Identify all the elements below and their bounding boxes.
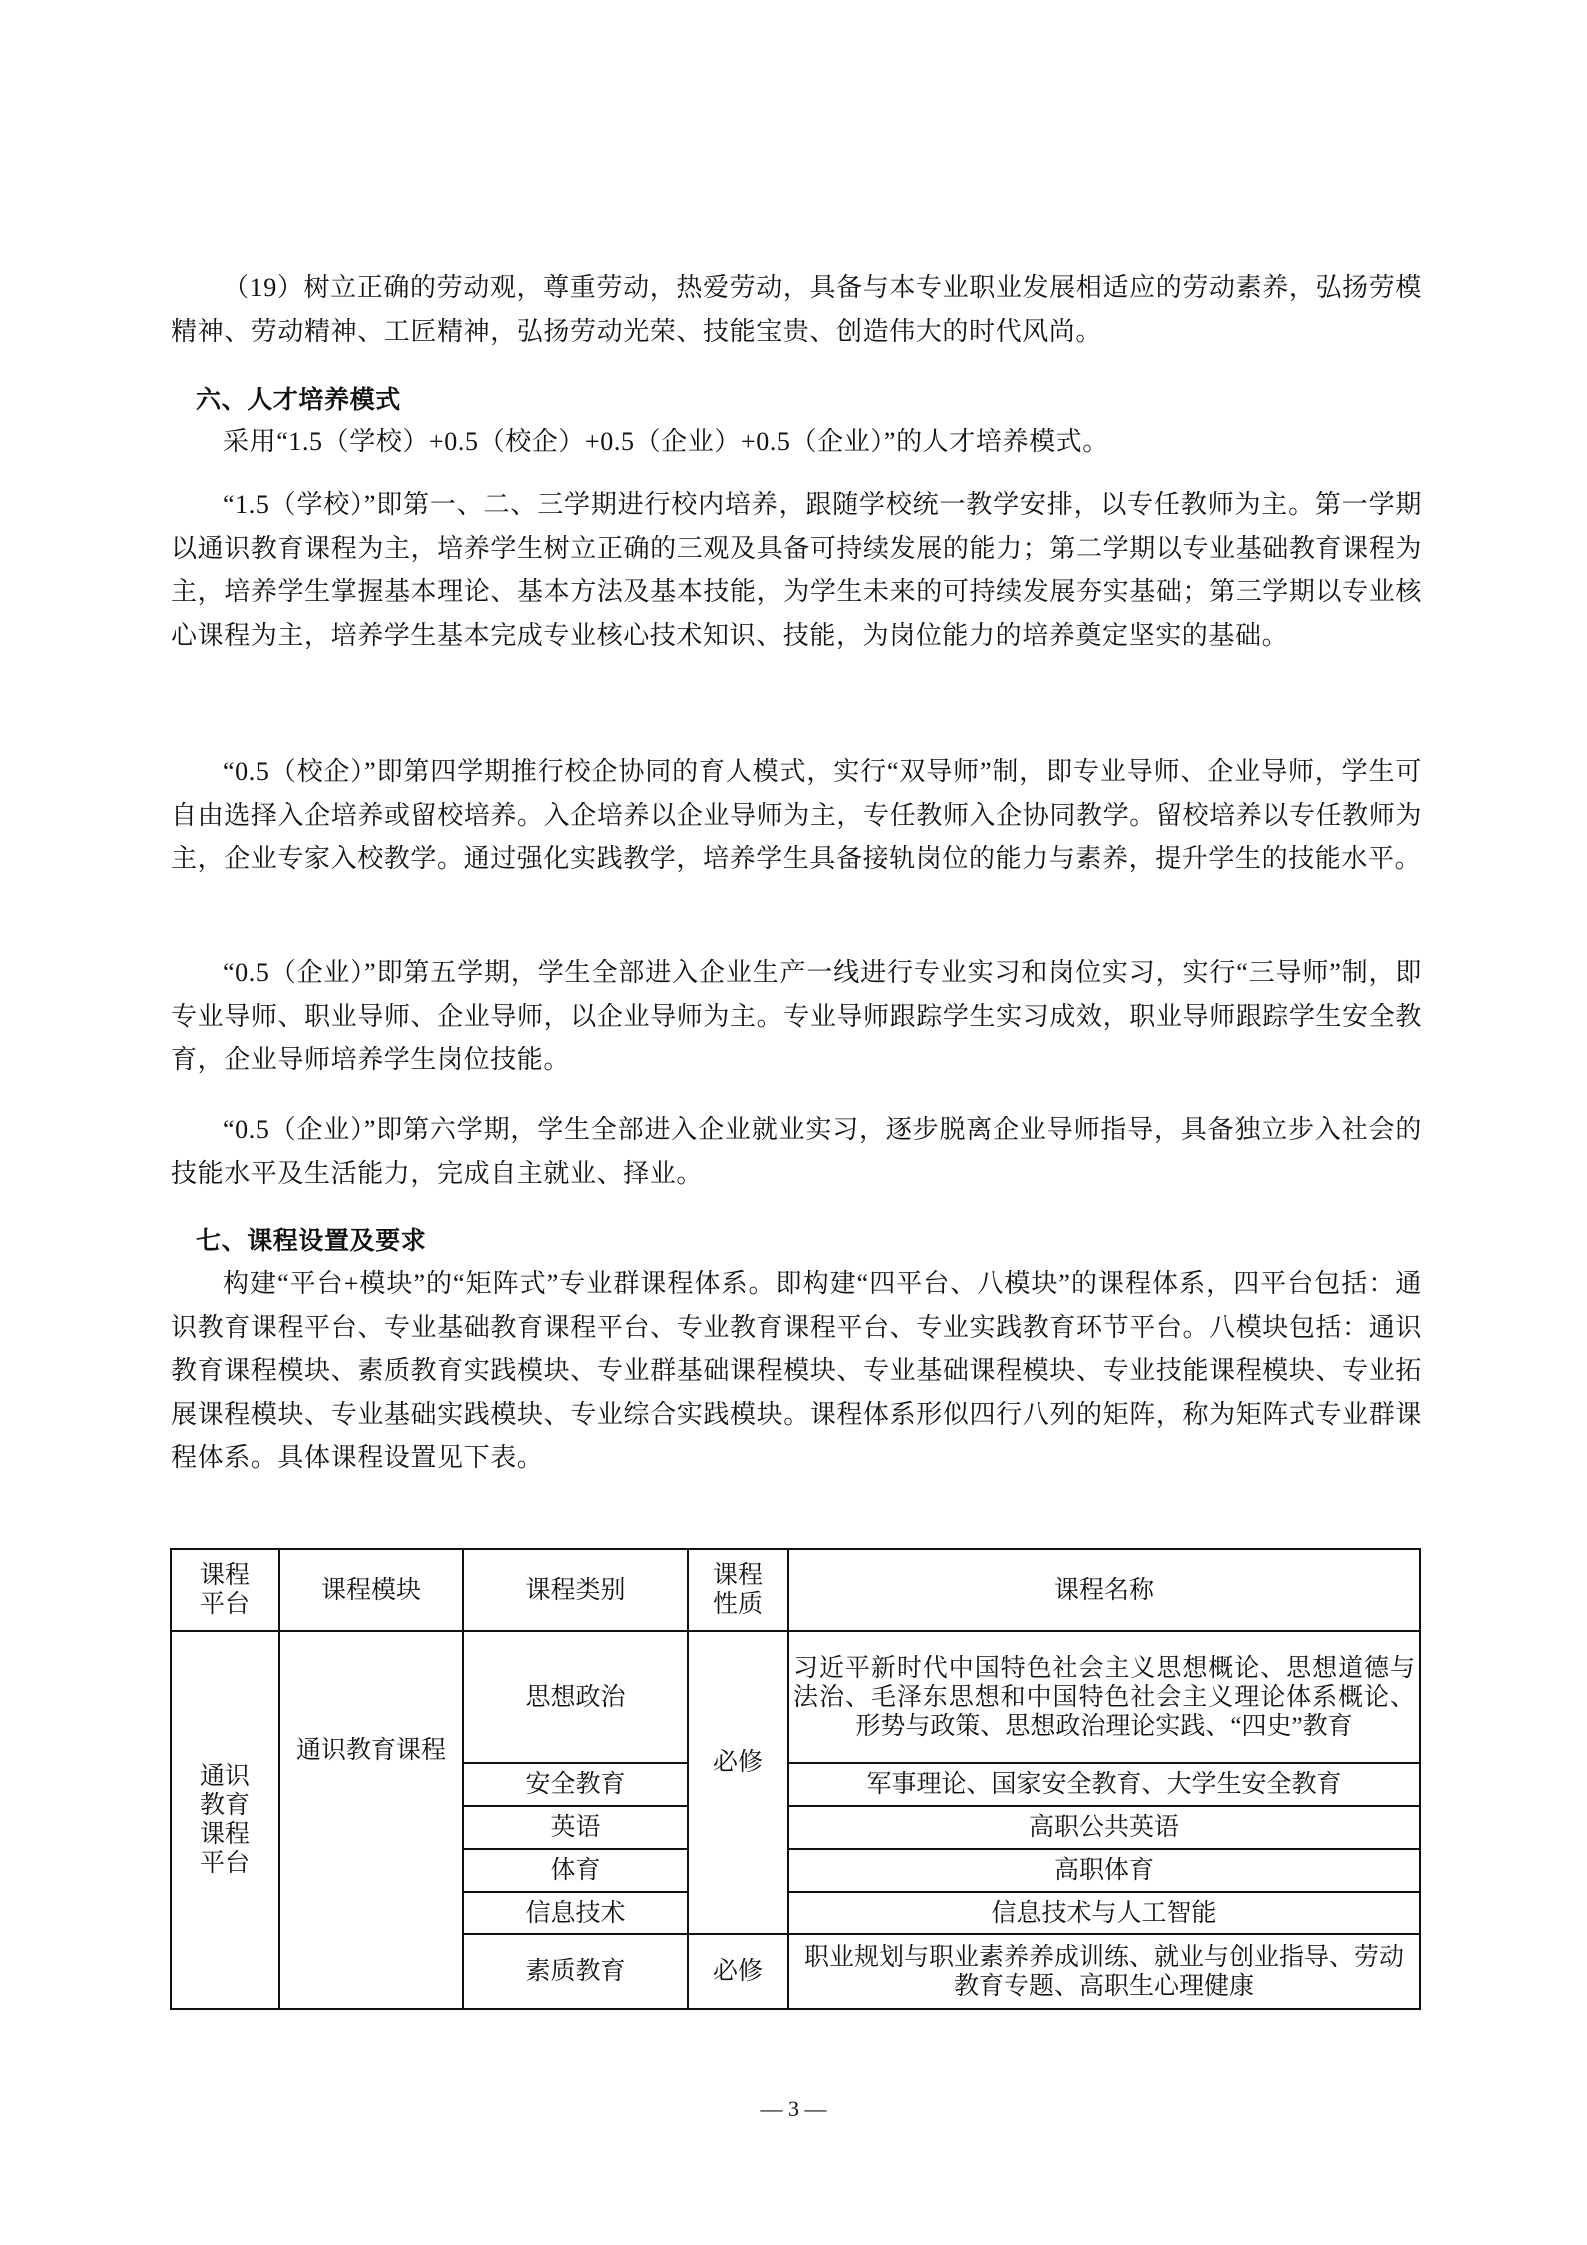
header-platform: 课程平台 xyxy=(171,1549,279,1631)
cell-nature: 必修 xyxy=(688,1631,788,1934)
cell-courses: 高职公共英语 xyxy=(788,1806,1420,1849)
paragraph-mode-school: “1.5（学校）”即第一、二、三学期进行校内培养，跟随学校统一教学安排，以专任教… xyxy=(171,483,1422,657)
header-nature: 课程性质 xyxy=(688,1549,788,1631)
paragraph-mode-intro: 采用“1.5（学校）+0.5（校企）+0.5（企业）+0.5（企业）”的人才培养… xyxy=(171,420,1422,464)
cell-courses: 习近平新时代中国特色社会主义思想概论、思想道德与法治、毛泽东思想和中国特色社会主… xyxy=(788,1631,1420,1763)
cell-category: 素质教育 xyxy=(463,1934,688,2009)
section-heading-talent-mode: 六、人才培养模式 xyxy=(196,378,401,421)
cell-module: 通识教育课程 xyxy=(279,1631,463,2009)
cell-category: 思想政治 xyxy=(463,1631,688,1763)
table-row: 通识教育课程平台 通识教育课程 思想政治 必修 习近平新时代中国特色社会主义思想… xyxy=(171,1631,1420,1763)
table-header-row: 课程平台 课程模块 课程类别 课程性质 课程名称 xyxy=(171,1549,1420,1631)
paragraph-curriculum-intro: 构建“平台+模块”的“矩阵式”专业群课程体系。即构建“四平台、八模块”的课程体系… xyxy=(171,1262,1422,1480)
document-page: （19）树立正确的劳动观，尊重劳动，热爱劳动，具备与本专业职业发展相适应的劳动素… xyxy=(0,0,1587,2245)
cell-courses: 高职体育 xyxy=(788,1849,1420,1892)
cell-category: 英语 xyxy=(463,1806,688,1849)
cell-courses: 信息技术与人工智能 xyxy=(788,1892,1420,1934)
paragraph-mode-enterprise-fifth: “0.5（企业）”即第五学期，学生全部进入企业生产一线进行专业实习和岗位实习，实… xyxy=(171,951,1422,1082)
page-number: — 3 — xyxy=(0,2096,1587,2122)
cell-platform: 通识教育课程平台 xyxy=(171,1631,279,2009)
cell-nature: 必修 xyxy=(688,1934,788,2009)
cell-category: 信息技术 xyxy=(463,1892,688,1934)
paragraph-mode-enterprise-sixth: “0.5（企业）”即第六学期，学生全部进入企业就业实习，逐步脱离企业导师指导，具… xyxy=(171,1108,1422,1195)
cell-category: 体育 xyxy=(463,1849,688,1892)
cell-courses: 职业规划与职业素养养成训练、就业与创业指导、劳动教育专题、高职生心理健康 xyxy=(788,1934,1420,2009)
cell-courses: 军事理论、国家安全教育、大学生安全教育 xyxy=(788,1763,1420,1806)
header-module: 课程模块 xyxy=(279,1549,463,1631)
paragraph-mode-school-enterprise: “0.5（校企）”即第四学期推行校企协同的育人模式，实行“双导师”制，即专业导师… xyxy=(171,750,1422,881)
header-course-name: 课程名称 xyxy=(788,1549,1420,1631)
cell-category: 安全教育 xyxy=(463,1763,688,1806)
paragraph-labor-view: （19）树立正确的劳动观，尊重劳动，热爱劳动，具备与本专业职业发展相适应的劳动素… xyxy=(171,266,1422,353)
section-heading-curriculum: 七、课程设置及要求 xyxy=(196,1219,426,1262)
curriculum-table: 课程平台 课程模块 课程类别 课程性质 课程名称 通识教育课程平台 通识教育课程… xyxy=(170,1548,1421,2010)
header-category: 课程类别 xyxy=(463,1549,688,1631)
